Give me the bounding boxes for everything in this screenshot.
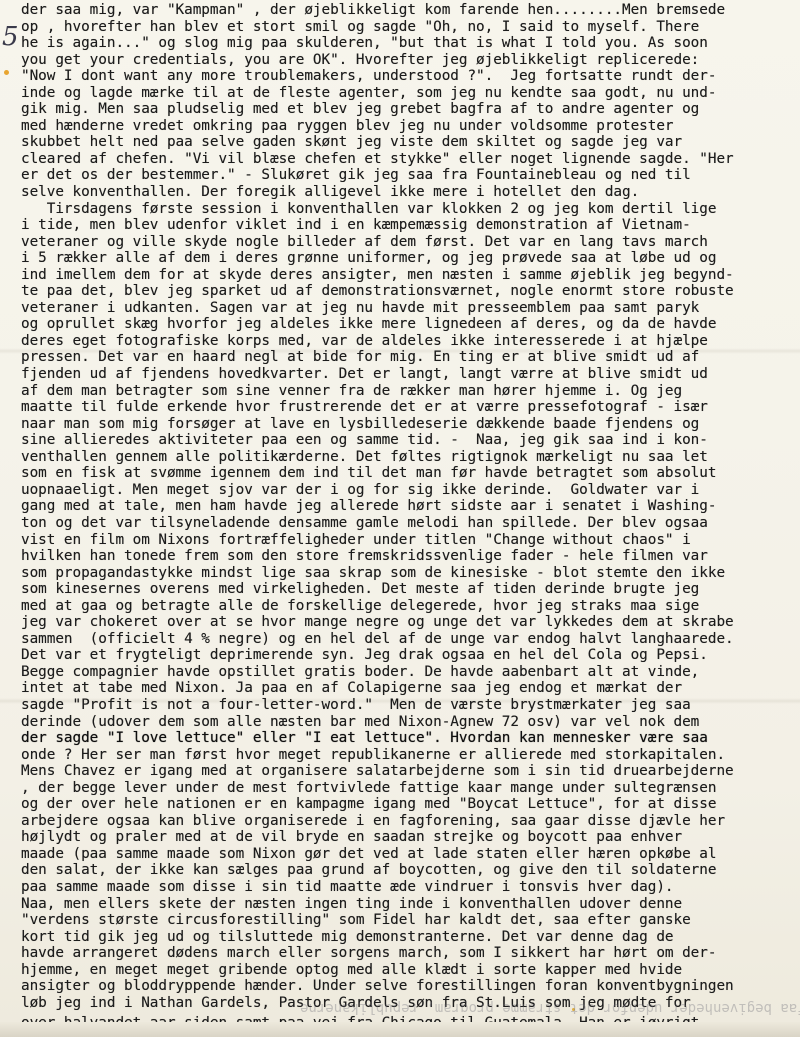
text-line: jeg var chokeret over at se hvor mange n… — [21, 614, 800, 631]
text-line: selve konventhallen. Der foregik alligev… — [21, 184, 800, 201]
text-line: hjemme, en meget meget gribende optog me… — [21, 962, 800, 979]
text-line: med at gaa og betragte alle de forskelli… — [21, 598, 800, 615]
text-line: Tirsdagens første session i konventhalle… — [21, 201, 800, 218]
text-line: Det var et frygteligt deprimerende syn. … — [21, 647, 800, 664]
text-line: op , hvorefter han blev et stort smil og… — [21, 19, 800, 36]
text-line: fjenden ud af fjendens hovedkvarter. Det… — [21, 366, 800, 383]
text-line: med hænderne vredet omkring paa ryggen b… — [21, 118, 800, 135]
text-line: maade (paa samme maade som Nixon gør det… — [21, 846, 800, 863]
text-line: som en fisk at svømme igennem dem ind ti… — [21, 465, 800, 482]
text-line: ind imellem dem for at skyde deres ansig… — [21, 267, 800, 284]
text-line: der sagde "I love lettuce" eller "I eat … — [21, 730, 800, 747]
text-line: he is again..." og slog mig paa skuldere… — [21, 35, 800, 52]
text-line: cleared af chefen. "Vi vil blæse chefen … — [21, 151, 800, 168]
text-line: havde arrangeret dødens march eller sorg… — [21, 945, 800, 962]
letter-page: 5 der saa mig, var "Kampman" , der øjebl… — [0, 0, 800, 1037]
text-line: gik mig. Men saa pludselig med et blev j… — [21, 101, 800, 118]
text-line: ton og det var tilsyneladende densamme g… — [21, 515, 800, 532]
text-line: den salat, der ikke kan sælges paa grund… — [21, 862, 800, 879]
text-line: ansigter og bloddryppende hænder. Under … — [21, 978, 800, 995]
text-line: arbejdere ogsaa kan blive organiserede i… — [21, 813, 800, 830]
text-line: skubbet helt ned paa selve gaden skønt j… — [21, 134, 800, 151]
text-line: onde ? Her ser man først hvor meget repu… — [21, 747, 800, 764]
text-line: er det os der bestemmer." - Slukøret gik… — [21, 167, 800, 184]
ink-spot — [4, 70, 9, 75]
text-line: hvilken han tonede frem som den store fr… — [21, 548, 800, 565]
text-line: i 5 rækker alle af dem i deres grønne un… — [21, 250, 800, 267]
text-line: "verdens største circusforestilling" som… — [21, 912, 800, 929]
text-line: veteraner i udkanten. Sagen var at jeg n… — [21, 300, 800, 317]
text-line: gang med at tale, men ham havde jeg alle… — [21, 498, 800, 515]
typewritten-body: der saa mig, var "Kampman" , der øjeblik… — [21, 2, 800, 1032]
text-line: you get your credentials, you are OK". H… — [21, 52, 800, 69]
text-line: sagde "Profit is not a four-letter-word.… — [21, 697, 800, 714]
text-line: der saa mig, var "Kampman" , der øjeblik… — [21, 2, 800, 19]
text-line: og oprullet skæg hvorfor jeg aldeles ikk… — [21, 316, 800, 333]
margin-annotation: 5 — [2, 24, 19, 50]
paper-bottom-edge — [0, 1022, 800, 1037]
text-line: uopnaaeligt. Men meget sjov var der i og… — [21, 482, 800, 499]
text-line: te paa det, blev jeg sparket ud af demon… — [21, 283, 800, 300]
text-line: Mens Chavez er igang med at organisere s… — [21, 763, 800, 780]
bleed-through-text: programmet, en af de faa begivenheder ud… — [300, 1000, 800, 1016]
text-line: paa samme maade som disse i sin tid maat… — [21, 879, 800, 896]
text-line: veteraner og ville skyde nogle billeder … — [21, 234, 800, 251]
text-line: som kinesernes overens med virkeligheden… — [21, 581, 800, 598]
text-line: sine allieredes aktiviteter paa een og s… — [21, 432, 800, 449]
text-line: deres eget fotografiske korps med, var d… — [21, 333, 800, 350]
text-line: , der begge lever under de mest fortvivl… — [21, 780, 800, 797]
text-line: kort tid gik jeg ud og tilsluttede mig d… — [21, 929, 800, 946]
text-line: "Now I dont want any more troublemakers,… — [21, 68, 800, 85]
text-line: pressen. Det var en haard negl at bide f… — [21, 349, 800, 366]
text-line: højlydt og praler med at de vil bryde en… — [21, 829, 800, 846]
text-line: inde og lagde mærke til at de fleste age… — [21, 85, 800, 102]
text-line: intet at tabe med Nixon. Ja paa en af Co… — [21, 680, 800, 697]
text-line: sammen (officielt 4 % negre) og en hel d… — [21, 631, 800, 648]
text-line: som propagandastykke mindst lige saa skr… — [21, 565, 800, 582]
text-line: Begge compagnier havde opstillet gratis … — [21, 664, 800, 681]
text-line: Naa, men ellers skete der næsten ingen t… — [21, 896, 800, 913]
text-line: i tide, men blev udenfor viklet ind i en… — [21, 217, 800, 234]
text-line: venthallen gennem alle politikærderne. D… — [21, 449, 800, 466]
text-line: derinde (udover dem som alle næsten bar … — [21, 714, 800, 731]
text-line: naar man som mig forsøger at lave en lys… — [21, 416, 800, 433]
text-line: vist en film om Nixons fortræffeligheder… — [21, 532, 800, 549]
text-line: og der over hele nationen er en kampagme… — [21, 796, 800, 813]
text-line: maatte til fulde erkende hvor frustreren… — [21, 399, 800, 416]
text-line: af dem man betragter som sine venner fra… — [21, 383, 800, 400]
